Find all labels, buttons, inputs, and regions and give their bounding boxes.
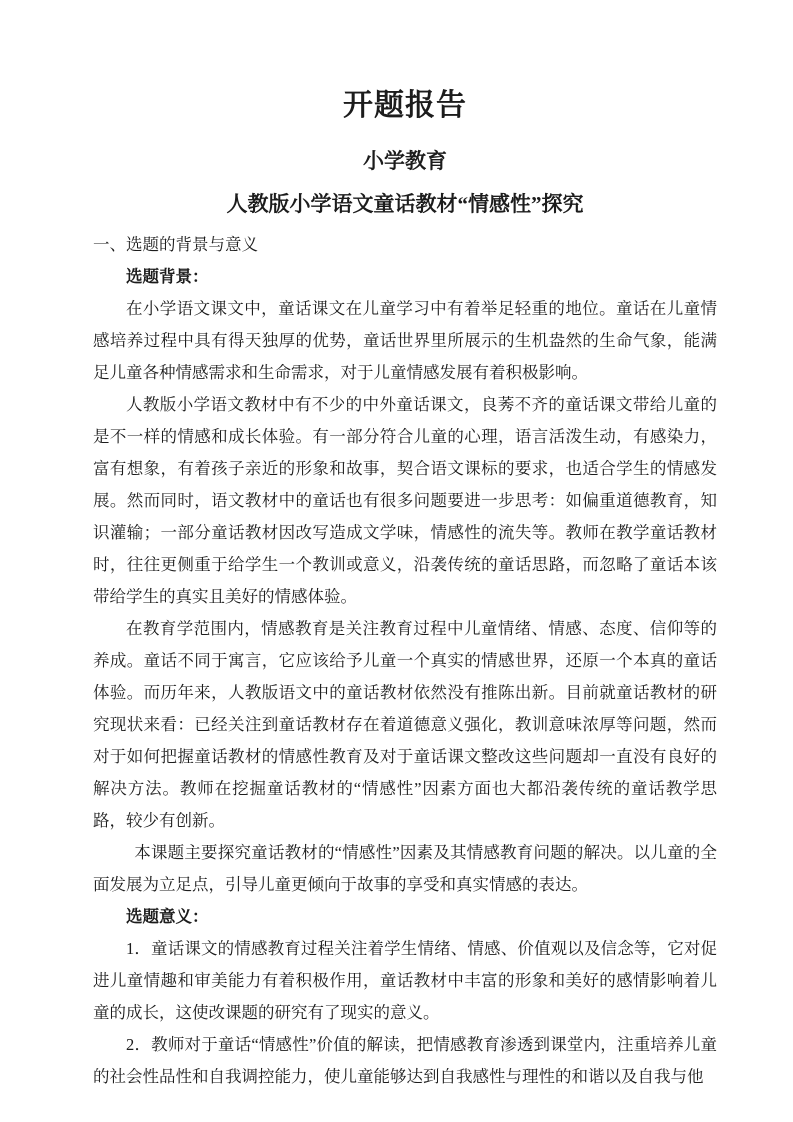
background-paragraph-2: 人教版小学语文教材中有不少的中外童话课文，良莠不齐的童话课文带给儿童的是不一样的… — [93, 389, 717, 613]
background-paragraph-3: 在教育学范围内，情感教育是关注教育过程中儿童情绪、情感、态度、信仰等的养成。童话… — [93, 613, 717, 837]
document-body: 一、选题的背景与意义 选题背景： 在小学语文课文中，童话课文在儿童学习中有着举足… — [93, 229, 717, 1093]
section-heading: 一、选题的背景与意义 — [93, 229, 717, 261]
background-label: 选题背景： — [93, 261, 717, 293]
significance-item-2: 2．教师对于童话“情感性”价值的解读，把情感教育渗透到课堂内，注重培养儿童的社会… — [93, 1029, 717, 1093]
doc-title: 开题报告 — [93, 86, 717, 126]
doc-subtitle-topic: 人教版小学语文童话教材“情感性”探究 — [93, 191, 717, 217]
doc-subtitle-major: 小学教育 — [93, 148, 717, 174]
significance-item-1: 1．童话课文的情感教育过程关注着学生情绪、情感、价值观以及信念等，它对促进儿童情… — [93, 933, 717, 1029]
background-paragraph-1: 在小学语文课文中，童话课文在儿童学习中有着举足轻重的地位。童话在儿童情感培养过程… — [93, 293, 717, 389]
document-page: 开题报告 小学教育 人教版小学语文童话教材“情感性”探究 一、选题的背景与意义 … — [0, 0, 793, 1122]
background-paragraph-4: 本课题主要探究童话教材的“情感性”因素及其情感教育问题的解决。以儿童的全面发展为… — [93, 837, 717, 901]
significance-label: 选题意义： — [93, 901, 717, 933]
